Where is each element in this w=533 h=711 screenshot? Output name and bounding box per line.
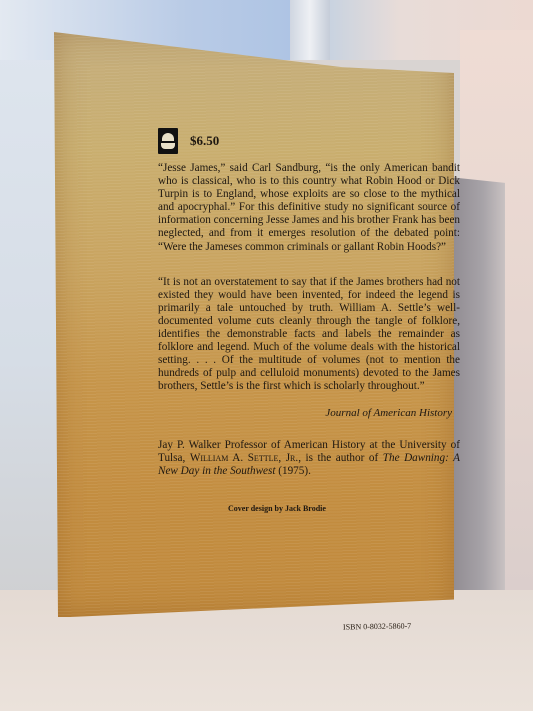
bison-books-logo-icon — [158, 128, 178, 154]
price-row: $6.50 — [158, 128, 460, 154]
bio-tail: (1975). — [275, 465, 310, 477]
bio-middle: , is the author of — [298, 452, 383, 464]
price: $6.50 — [190, 133, 219, 148]
review-source: Journal of American History — [158, 407, 452, 419]
author-bio: Jay P. Walker Professor of American Hist… — [158, 439, 460, 478]
isbn: ISBN 0-8032-5860-7 — [343, 621, 411, 631]
review-quote: “It is not an overstatement to say that … — [158, 276, 460, 394]
cover-text: $6.50 “Jesse James,” said Carl Sandburg,… — [158, 128, 460, 513]
background-pillar — [290, 0, 330, 60]
blurb-paragraph: “Jesse James,” said Carl Sandburg, “is t… — [158, 162, 460, 254]
cover-design-credit: Cover design by Jack Brodie — [228, 504, 460, 513]
author-name: William A. Settle, Jr. — [190, 452, 298, 464]
